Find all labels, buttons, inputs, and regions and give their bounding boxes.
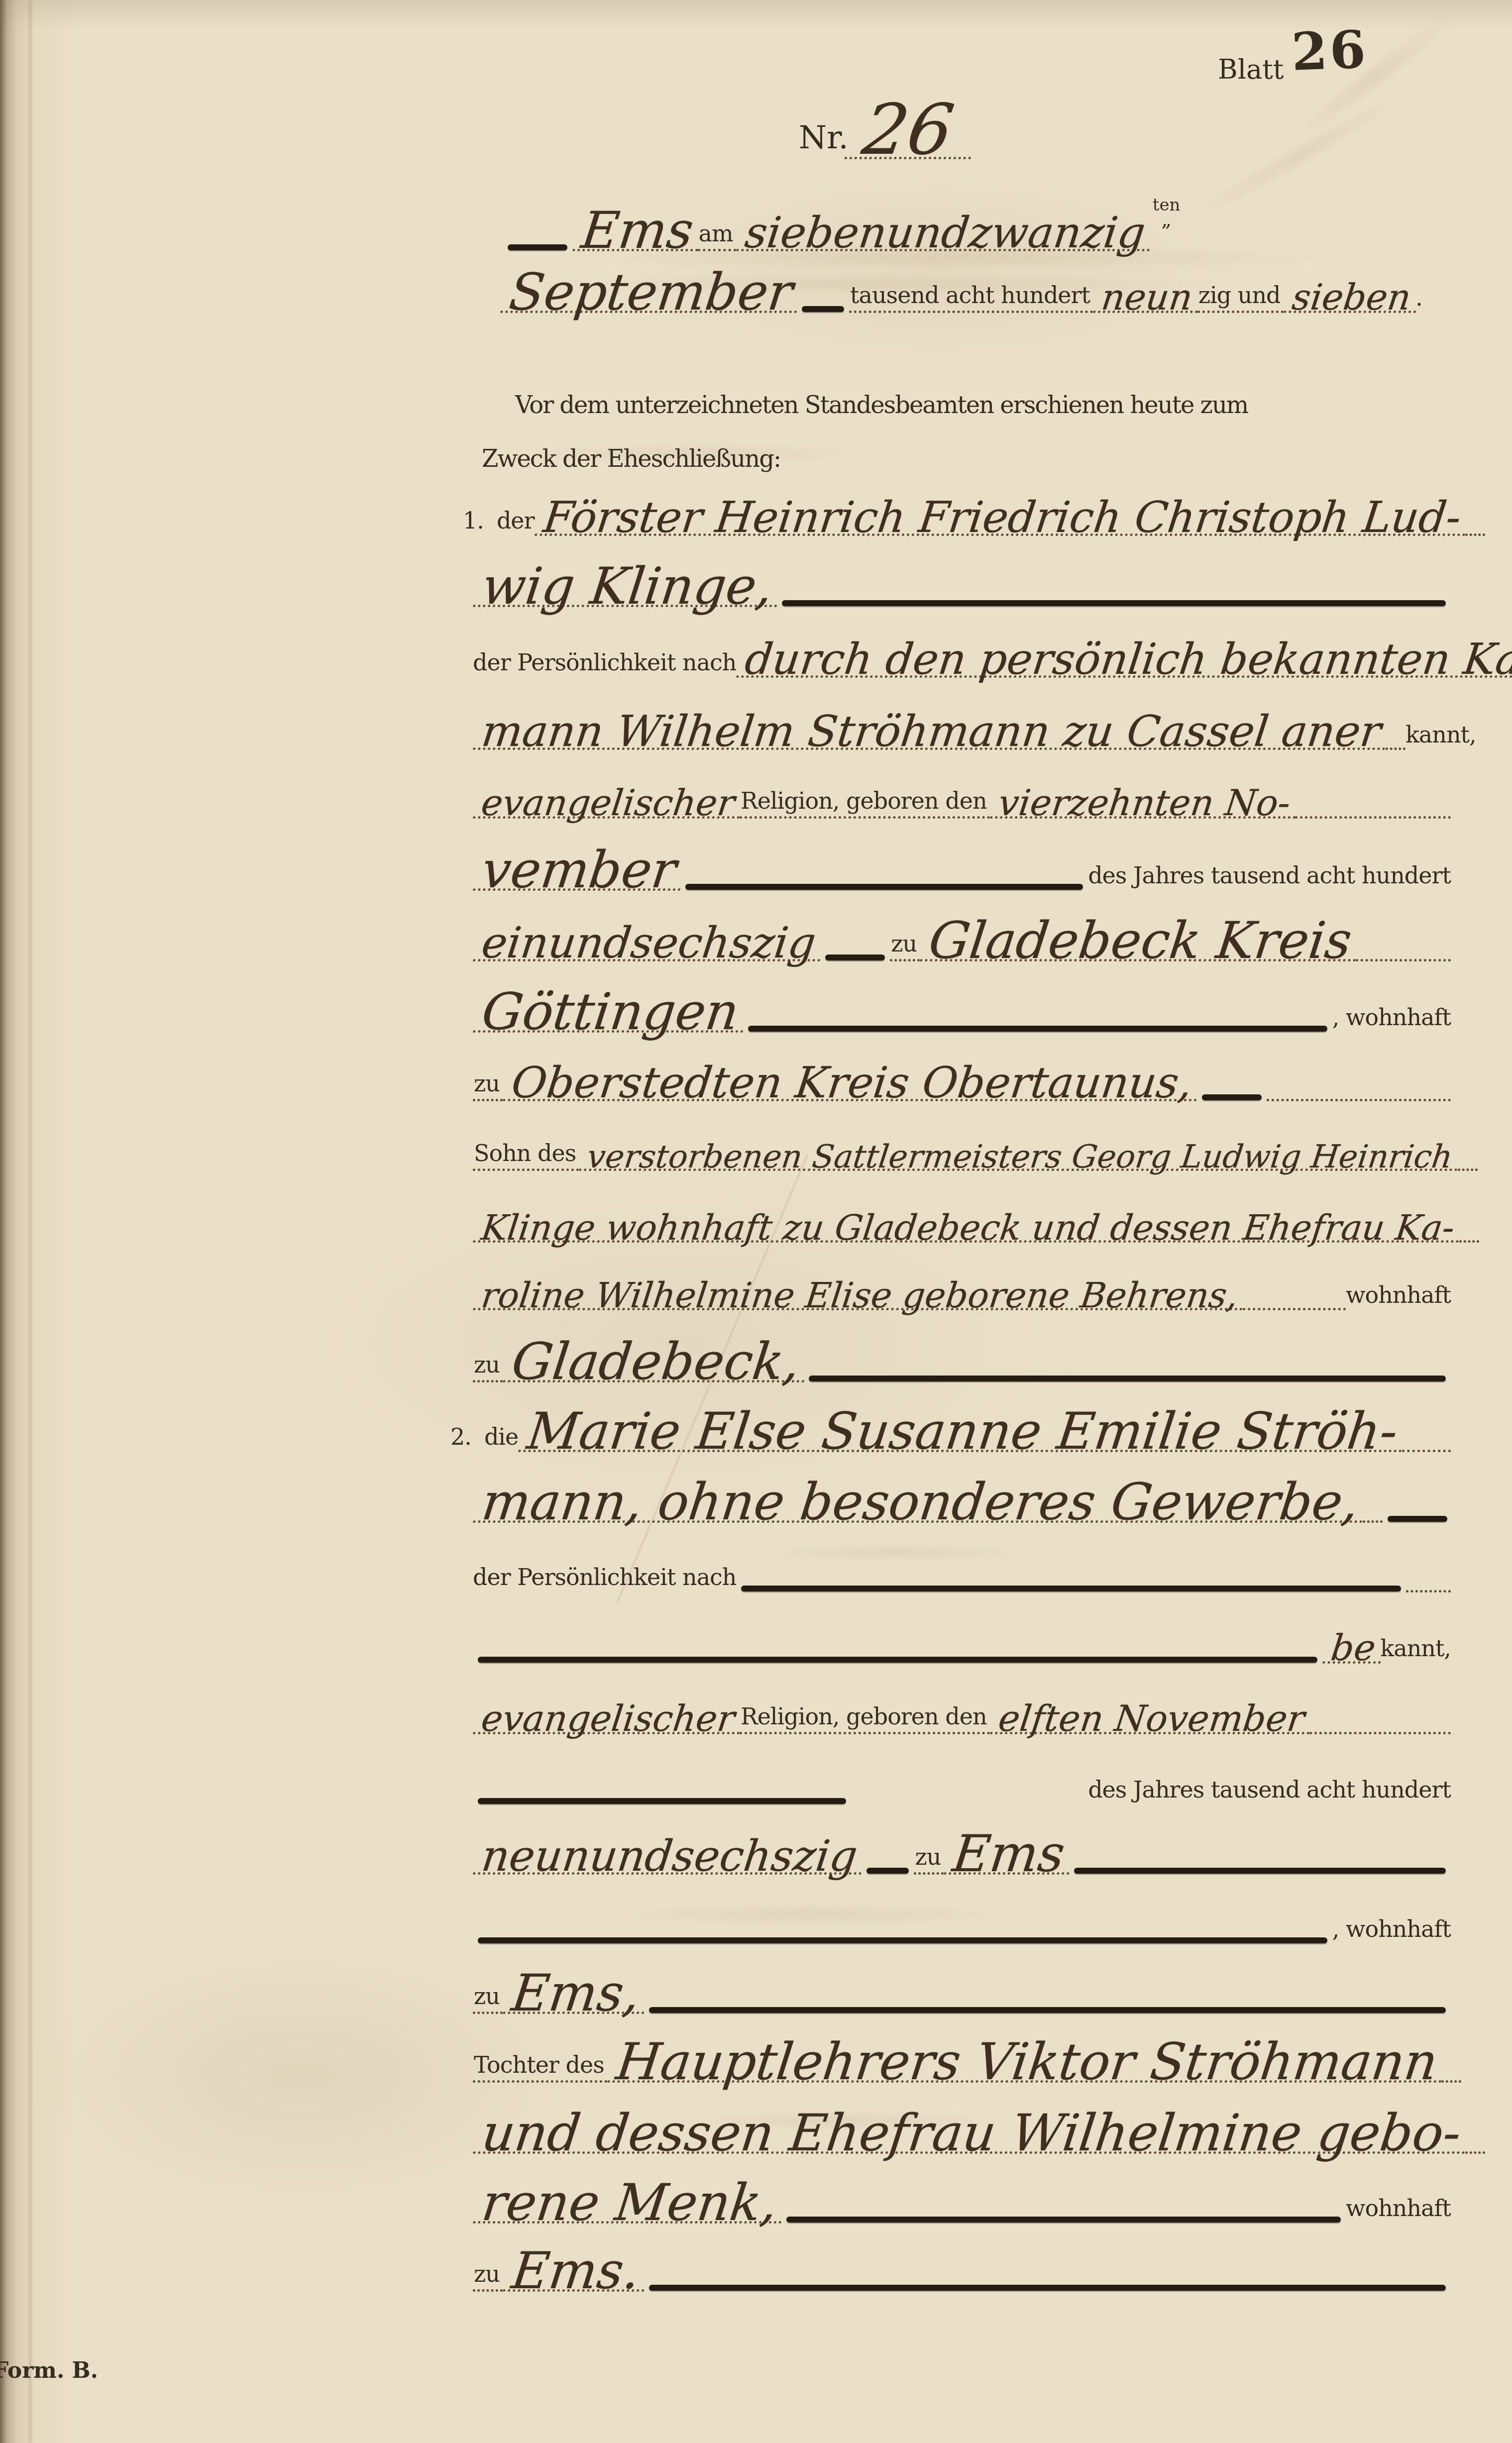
groom-name-entry-1: Förster Heinrich Friedrich Christoph Lud…: [535, 503, 1470, 536]
jahres-label: des Jahres tausend acht hundert: [1088, 1778, 1451, 1801]
bride-religion-line: evangelischer Religion, geboren den elft…: [473, 1660, 1451, 1734]
form-label: Form. B.: [0, 2358, 98, 2383]
groom-father-entry: verstorbenen Sattlermeisters Georg Ludwi…: [579, 1146, 1461, 1171]
groom-birthday-entry: vierzehnten No-: [990, 790, 1298, 819]
bride-parents-line-2: und dessen Ehefrau Wilhelmine gebo-: [473, 2079, 1451, 2154]
kannt-label: kannt,: [1405, 723, 1476, 746]
sohn-des-label: Sohn des: [473, 1142, 579, 1171]
bride-identity-line-2: be kannt,: [473, 1589, 1451, 1664]
bride-article: die: [484, 1425, 518, 1448]
bride-birthyear-line-2: neunundsechszig zu Ems: [473, 1800, 1451, 1875]
page-edge-line: [29, 0, 31, 2443]
ten-mark: „: [1161, 213, 1172, 225]
dotted-rule: [1465, 531, 1485, 536]
zu-label: zu: [473, 2262, 503, 2292]
groom-article: der: [497, 509, 535, 532]
bride-name-line-1: 2. die Marie Else Susanne Emilie Ströh-: [450, 1378, 1451, 1452]
dotted-rule: [1458, 1167, 1478, 1171]
groom-birthyear-line-1: vember des Jahres tausend acht hundert: [473, 816, 1451, 891]
wohnhaft-label: , wohnhaft: [1332, 1917, 1451, 1940]
jahres-label: des Jahres tausend acht hundert: [1088, 864, 1451, 887]
tausend-label: tausend acht hundert: [849, 284, 1093, 313]
nr-value-handwritten: 26: [844, 106, 979, 159]
tochter-des-label: Tochter des: [473, 2053, 607, 2083]
bride-wohnhaft-line: , wohnhaft: [473, 1870, 1451, 1944]
groom-parents-residence-line: zu Gladebeck,: [473, 1308, 1451, 1382]
groom-identity-line-2: mann Wilhelm Ströhmann zu Cassel aner ka…: [473, 675, 1451, 750]
groom-name-line-1: 1. der Förster Heinrich Friedrich Christ…: [463, 461, 1451, 536]
bride-parents-residence-line: zu Ems.: [473, 2217, 1451, 2292]
year-ones-entry: sieben: [1284, 285, 1419, 313]
bride-index: 2.: [450, 1425, 471, 1448]
bride-birthyear-line-1: des Jahres tausend acht hundert: [473, 1730, 1451, 1805]
year-tens-entry: neun: [1093, 285, 1201, 313]
bride-name-line-2: mann, ohne besonderes Gewerbe,: [473, 1448, 1451, 1523]
bride-father-line: Tochter des Hauptlehrers Viktor Ströhman…: [473, 2008, 1451, 2083]
groom-religion-line: evangelischer Religion, geboren den vier…: [473, 744, 1451, 819]
kannt-label: kannt,: [1380, 1637, 1451, 1660]
wohnhaft-label: , wohnhaft: [1332, 1006, 1451, 1029]
nr-label: Nr.: [799, 119, 849, 156]
groom-name-entry-2: wig Klinge,: [473, 568, 782, 607]
record-number-row: Nr. 26: [799, 75, 975, 159]
groom-mother-entry: roline Wilhelmine Elise geborene Behrens…: [473, 1283, 1246, 1310]
groom-index: 1.: [463, 509, 484, 532]
groom-parents-line-2: Klinge wohnhaft zu Gladebeck und dessen …: [473, 1168, 1451, 1243]
persoenlichkeit-label: der Persönlichkeit nach: [473, 1566, 736, 1589]
groom-birthplace-line-2: Göttingen , wohnhaft: [473, 958, 1451, 1033]
month-entry: September: [500, 274, 802, 313]
groom-birthplace-entry: Gladebeck Kreis: [920, 923, 1361, 961]
intro-line-1: Vor dem unterzeichneten Standesbeamten e…: [515, 393, 1248, 417]
persoenlichkeit-label: der Persönlichkeit nach: [473, 651, 736, 674]
bride-residence-line: zu Ems,: [473, 1939, 1451, 2014]
dotted-rule: [1465, 2149, 1485, 2154]
ten-superscript: ten „: [1153, 197, 1181, 225]
blatt-number: 26: [1291, 18, 1369, 82]
bride-father-entry: Hauptlehrers Viktor Ströhmann: [607, 2044, 1446, 2083]
bride-identity-line-1: der Persönlichkeit nach: [473, 1518, 1451, 1593]
bride-parents-line-3: rene Menk, wohnhaft: [473, 2149, 1451, 2224]
wohnhaft-label: wohnhaft: [1346, 1283, 1451, 1306]
dotted-rule: [1459, 1238, 1479, 1243]
blatt-label: Blatt: [1218, 54, 1284, 85]
zig-und-label: zig und: [1197, 284, 1284, 313]
groom-identity-entry-1: durch den persönlich bekannten Kauf-: [736, 644, 1512, 678]
zu-label: zu: [890, 932, 920, 961]
groom-name-line-2: wig Klinge,: [473, 532, 1451, 607]
groom-parents-line-3: roline Wilhelmine Elise geborene Behrens…: [473, 1236, 1451, 1310]
ink-filler-stroke: [649, 2285, 1446, 2291]
registry-page: Blatt 26 Nr. 26 Ems am siebenundzwanzig …: [0, 0, 1512, 2443]
bride-mother-entry: und dessen Ehefrau Wilhelmine gebo-: [473, 2115, 1470, 2154]
groom-identity-line-1: der Persönlichkeit nach durch den persön…: [473, 603, 1451, 678]
groom-residence-line: zu Oberstedten Kreis Obertaunus,: [473, 1027, 1451, 1101]
opening-year-line: September tausend acht hundert neun zig …: [500, 238, 1461, 313]
bride-parents-residence-entry: Ems.: [503, 2253, 649, 2292]
ink-filler-stroke: [802, 306, 844, 312]
groom-birthyear-line-2: einundsechszig zu Gladebeck Kreis: [473, 887, 1451, 961]
groom-parents-residence-entry: Gladebeck,: [503, 1344, 809, 1382]
groom-birthyear-entry: einundsechszig: [473, 928, 824, 961]
bride-birthplace-entry: Ems: [944, 1836, 1074, 1875]
bride-name-entry-2: mann, ohne besonderes Gewerbe,: [473, 1484, 1368, 1523]
wohnhaft-label: wohnhaft: [1346, 2197, 1451, 2220]
groom-religion-entry: evangelischer: [473, 790, 743, 819]
bride-name-entry-1: Marie Else Susanne Emilie Ströh-: [518, 1413, 1406, 1452]
groom-birthmonth-entry: vember: [473, 852, 685, 891]
groom-father-line: Sohn des verstorbenen Sattlermeisters Ge…: [473, 1096, 1451, 1171]
religion-label: Religion, geboren den: [740, 789, 990, 819]
